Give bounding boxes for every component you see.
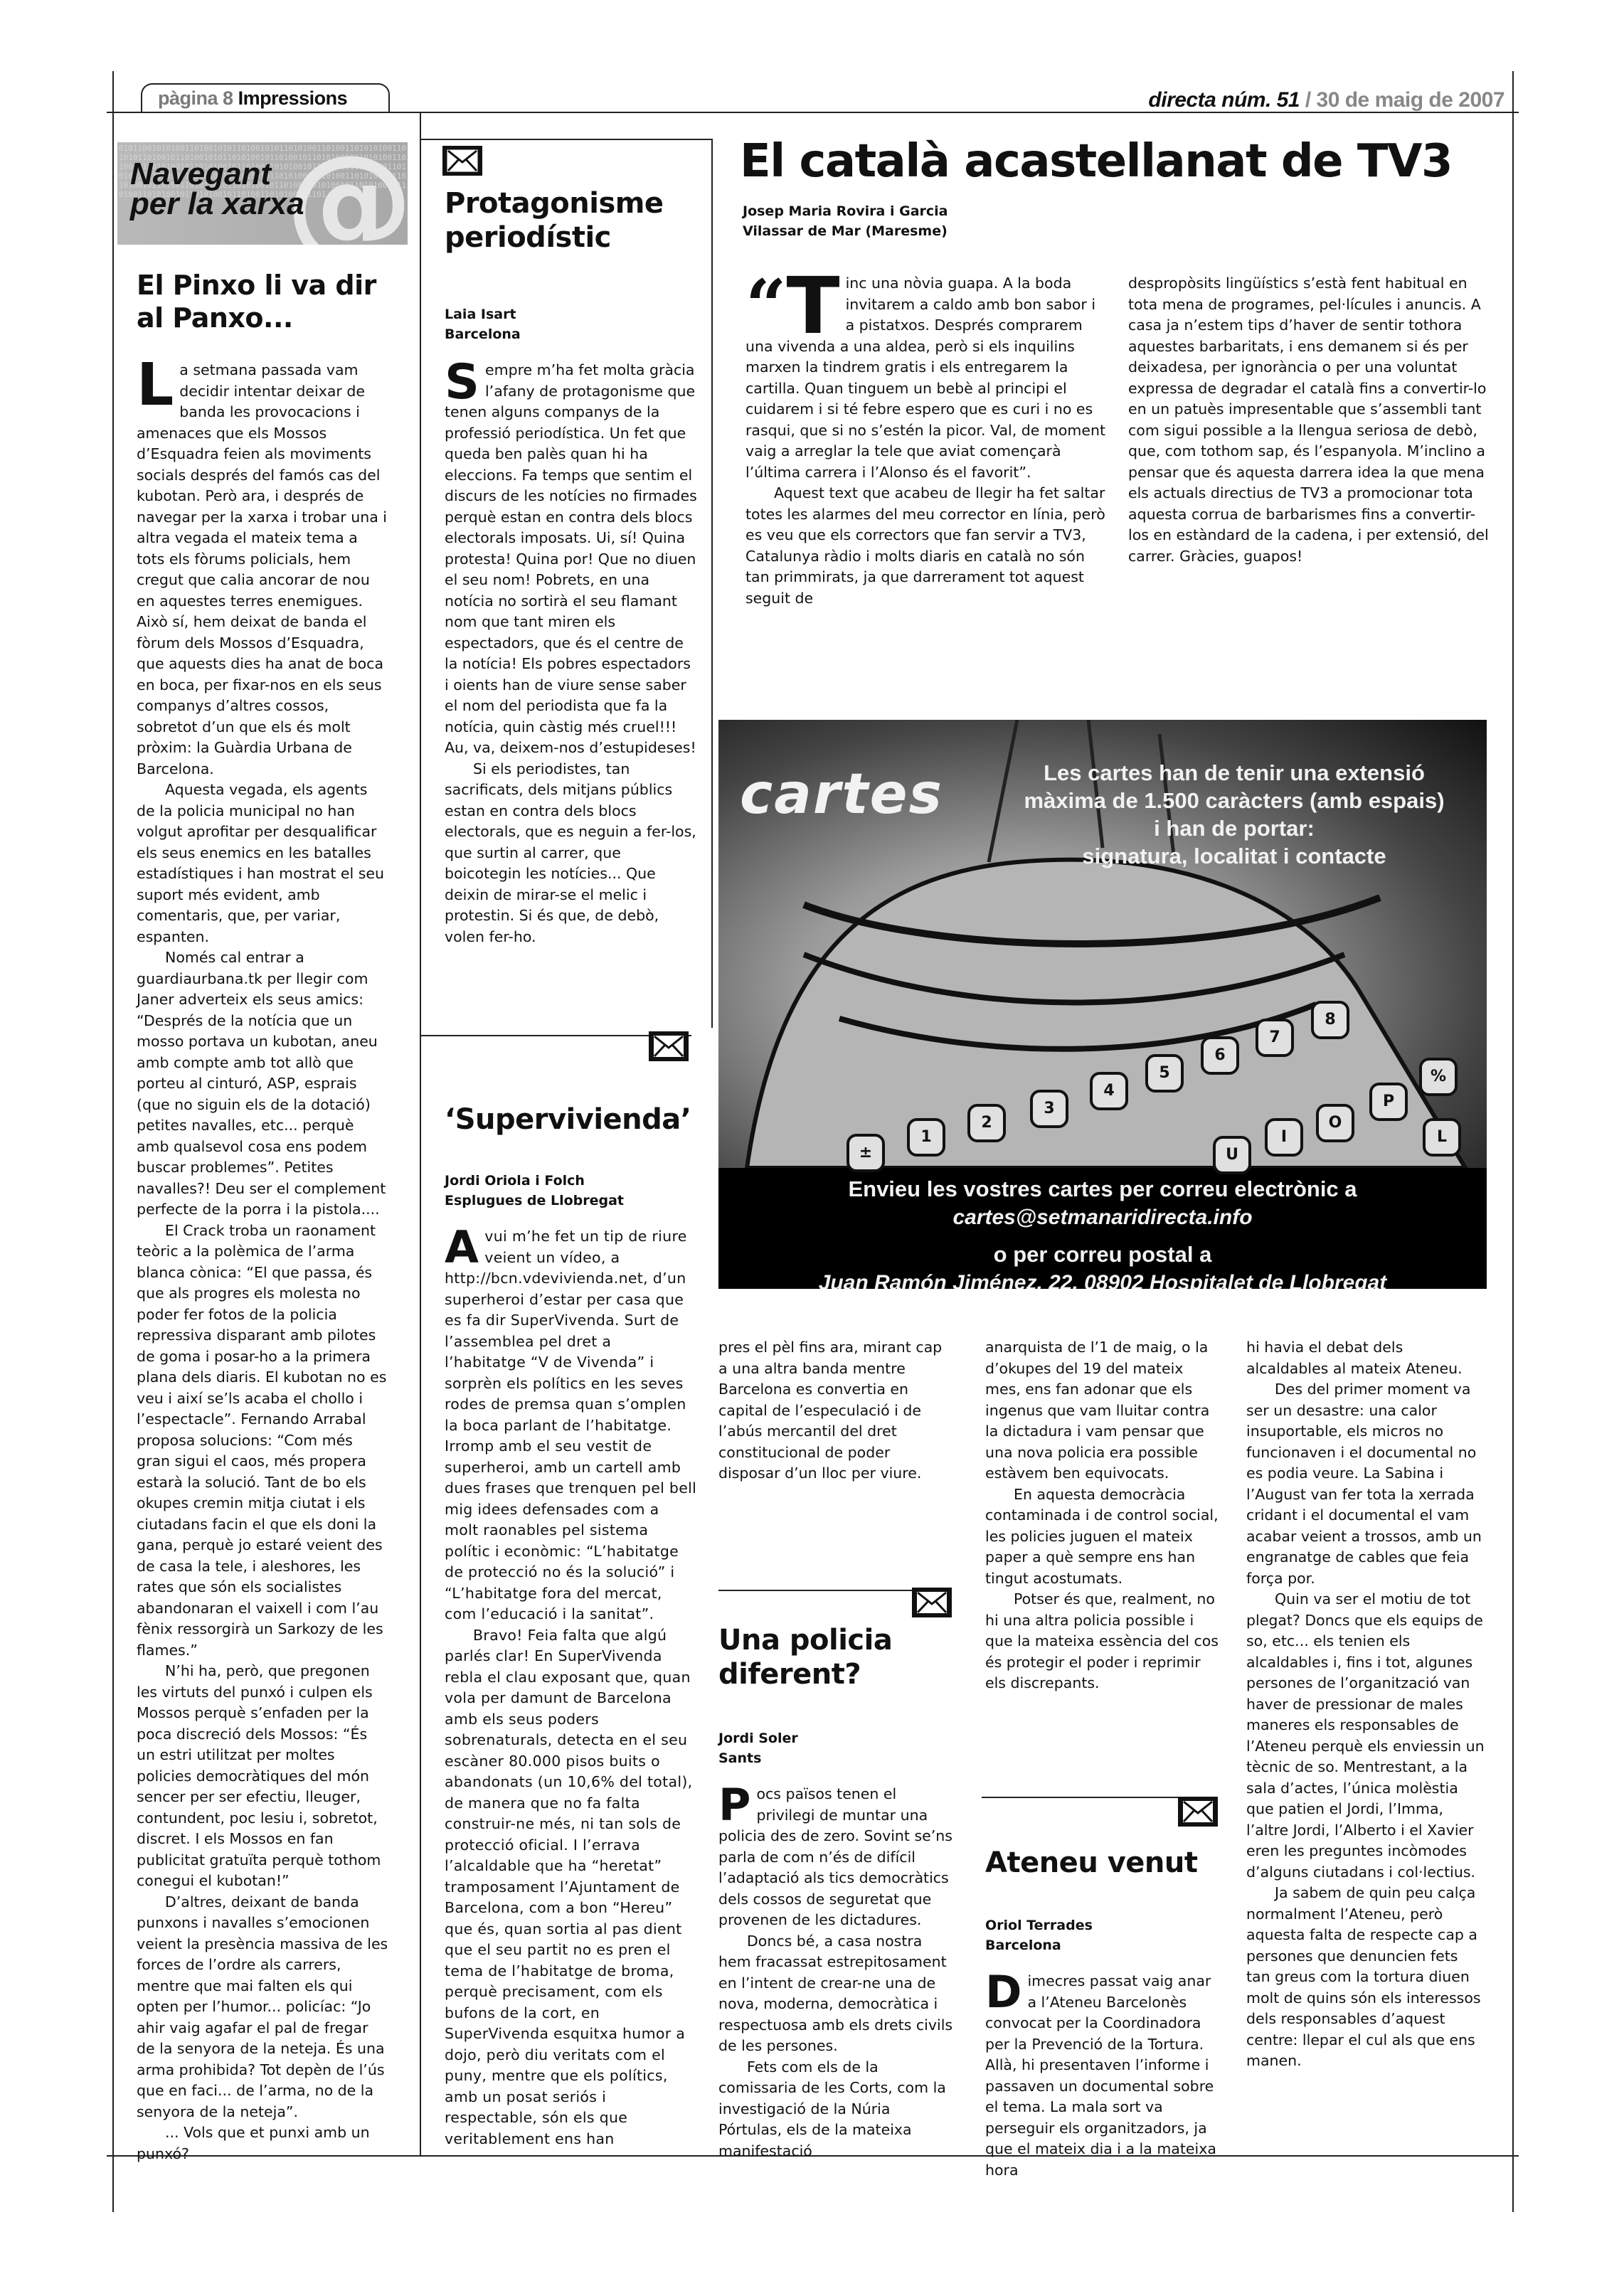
drop-cap: P bbox=[718, 1788, 750, 1822]
envelope-icon bbox=[1178, 1797, 1218, 1827]
article-body: Dimecres passat vaig anar a l’Ateneu Bar… bbox=[985, 1971, 1220, 2181]
article-body: La setmana passada vam decidir intentar … bbox=[137, 360, 389, 2164]
drop-cap: A bbox=[445, 1231, 479, 1265]
drop-cap: T bbox=[787, 277, 840, 334]
author-name: Jordi Soler bbox=[718, 1728, 953, 1748]
typewriter-key: 6 bbox=[1201, 1036, 1239, 1075]
policia-continuation: anarquista de l’1 de maig, o la d’okupes… bbox=[985, 1337, 1220, 1694]
article-ateneu: Ateneu venut Oriol Terrades Barcelona Di… bbox=[985, 1846, 1220, 2181]
left-margin-rule bbox=[112, 71, 114, 2212]
letters-rules: Les cartes han de tenir una extensió màx… bbox=[999, 759, 1469, 870]
right-margin-rule bbox=[1512, 71, 1514, 2212]
drop-cap: L bbox=[137, 364, 174, 407]
ateneu-continuation: hi havia el debat dels alcaldables al ma… bbox=[1246, 1337, 1485, 2072]
letters-info-box: ± 1 2 3 4 5 6 7 8 % P O I U L cartes Les… bbox=[718, 720, 1487, 1289]
envelope-icon bbox=[912, 1588, 952, 1617]
column2-top-rule bbox=[420, 139, 713, 140]
cartes-logo: cartes bbox=[740, 762, 943, 827]
article-title: ‘Supervivienda’ bbox=[445, 1102, 697, 1137]
envelope-icon bbox=[649, 1031, 689, 1061]
typewriter-key: 2 bbox=[967, 1104, 1006, 1142]
typewriter-key: ± bbox=[847, 1134, 885, 1172]
supervivienda-continuation: pres el pèl fins ara, mirant cap a una a… bbox=[718, 1337, 953, 1484]
typewriter-key: % bbox=[1419, 1058, 1458, 1096]
typewriter-key: 8 bbox=[1311, 1001, 1349, 1039]
byline: Jordi Soler Sants bbox=[718, 1728, 953, 1768]
author-name: Laia Isart bbox=[445, 304, 697, 324]
section-banner-navegant: 0101100101010011010010101101001010110101… bbox=[117, 142, 408, 245]
main-article-col2: despropòsits lingüístics s’està fent hab… bbox=[1128, 273, 1491, 567]
publication-name: directa núm. bbox=[1148, 88, 1270, 112]
article-body: Avui m’he fet un tip de riure veient un … bbox=[445, 1226, 697, 2149]
main-byline: Josep Maria Rovira i Garcia Vilassar de … bbox=[743, 201, 948, 241]
issue-number: 51 bbox=[1277, 88, 1300, 112]
typewriter-key: I bbox=[1265, 1118, 1303, 1157]
article-supervivienda: ‘Supervivienda’ Jordi Oriola i Folch Esp… bbox=[445, 1102, 697, 2149]
typewriter-key: 5 bbox=[1145, 1054, 1184, 1093]
postal-address: Juan Ramón Jiménez, 22, 08902 Hospitalet… bbox=[718, 1269, 1487, 1289]
article-title: El Pinxo li va dir al Panxo... bbox=[137, 269, 389, 334]
author-place: Sants bbox=[718, 1748, 953, 1768]
column-divider-2 bbox=[711, 139, 713, 1028]
article-title: Ateneu venut bbox=[985, 1846, 1220, 1880]
typewriter-key: 7 bbox=[1256, 1019, 1294, 1057]
article-title: Protagonisme periodístic bbox=[445, 186, 697, 255]
article-policia: Una policia diferent? Jordi Soler Sants … bbox=[718, 1623, 953, 2162]
typewriter-key: 4 bbox=[1090, 1072, 1128, 1110]
typewriter-key: U bbox=[1213, 1136, 1251, 1174]
issue-date: / 30 de maig de 2007 bbox=[1305, 88, 1504, 112]
section-rule bbox=[982, 1797, 1195, 1798]
page-section-tab: pàgina 8 Impressions bbox=[141, 83, 390, 112]
drop-cap: D bbox=[985, 1975, 1021, 2009]
article-protagonisme: Protagonisme periodístic Laia Isart Barc… bbox=[445, 186, 697, 947]
author-name: Josep Maria Rovira i Garcia bbox=[743, 201, 948, 221]
byline: Jordi Oriola i Folch Esplugues de Llobre… bbox=[445, 1171, 697, 1211]
masthead: directa núm. 51 / 30 de maig de 2007 bbox=[1148, 88, 1504, 112]
typewriter-key: 3 bbox=[1030, 1090, 1068, 1128]
typewriter-key: O bbox=[1316, 1104, 1354, 1142]
column-divider-1 bbox=[420, 112, 421, 2155]
page-label: pàgina bbox=[158, 87, 218, 109]
byline: Oriol Terrades Barcelona bbox=[985, 1915, 1220, 1955]
byline: Laia Isart Barcelona bbox=[445, 304, 697, 344]
article-pinxo: El Pinxo li va dir al Panxo... La setman… bbox=[137, 269, 389, 2164]
envelope-icon bbox=[442, 146, 482, 176]
main-article-title: El català acastellanat de TV3 bbox=[740, 135, 1452, 188]
article-body: Pocs països tenen el privilegi de muntar… bbox=[718, 1784, 953, 2162]
page-number: 8 bbox=[223, 87, 233, 109]
author-name: Oriol Terrades bbox=[985, 1915, 1220, 1935]
section-banner-title: Navegant per la xarxa bbox=[130, 159, 304, 219]
section-rule bbox=[718, 1590, 932, 1591]
author-place: Barcelona bbox=[445, 324, 697, 344]
author-place: Vilassar de Mar (Maresme) bbox=[743, 221, 948, 241]
letters-email-link[interactable]: cartes@setmanaridirecta.info bbox=[718, 1203, 1487, 1232]
main-article-col1: “Tinc una nòvia guapa. A la boda invitar… bbox=[745, 273, 1108, 609]
author-place: Barcelona bbox=[985, 1935, 1220, 1955]
drop-cap: S bbox=[445, 364, 479, 401]
quote-mark-icon: “ bbox=[745, 277, 787, 334]
typewriter-key: L bbox=[1423, 1118, 1461, 1157]
article-title: Una policia diferent? bbox=[718, 1623, 953, 1691]
author-place: Esplugues de Llobregat bbox=[445, 1191, 697, 1211]
section-name: Impressions bbox=[238, 87, 348, 109]
article-body: Sempre m’ha fet molta gràcia l’afany de … bbox=[445, 360, 697, 947]
typewriter-key: P bbox=[1369, 1083, 1408, 1121]
letters-contact: Envieu les vostres cartes per correu ele… bbox=[718, 1175, 1487, 1289]
author-name: Jordi Oriola i Folch bbox=[445, 1171, 697, 1191]
typewriter-key: 1 bbox=[907, 1118, 945, 1157]
